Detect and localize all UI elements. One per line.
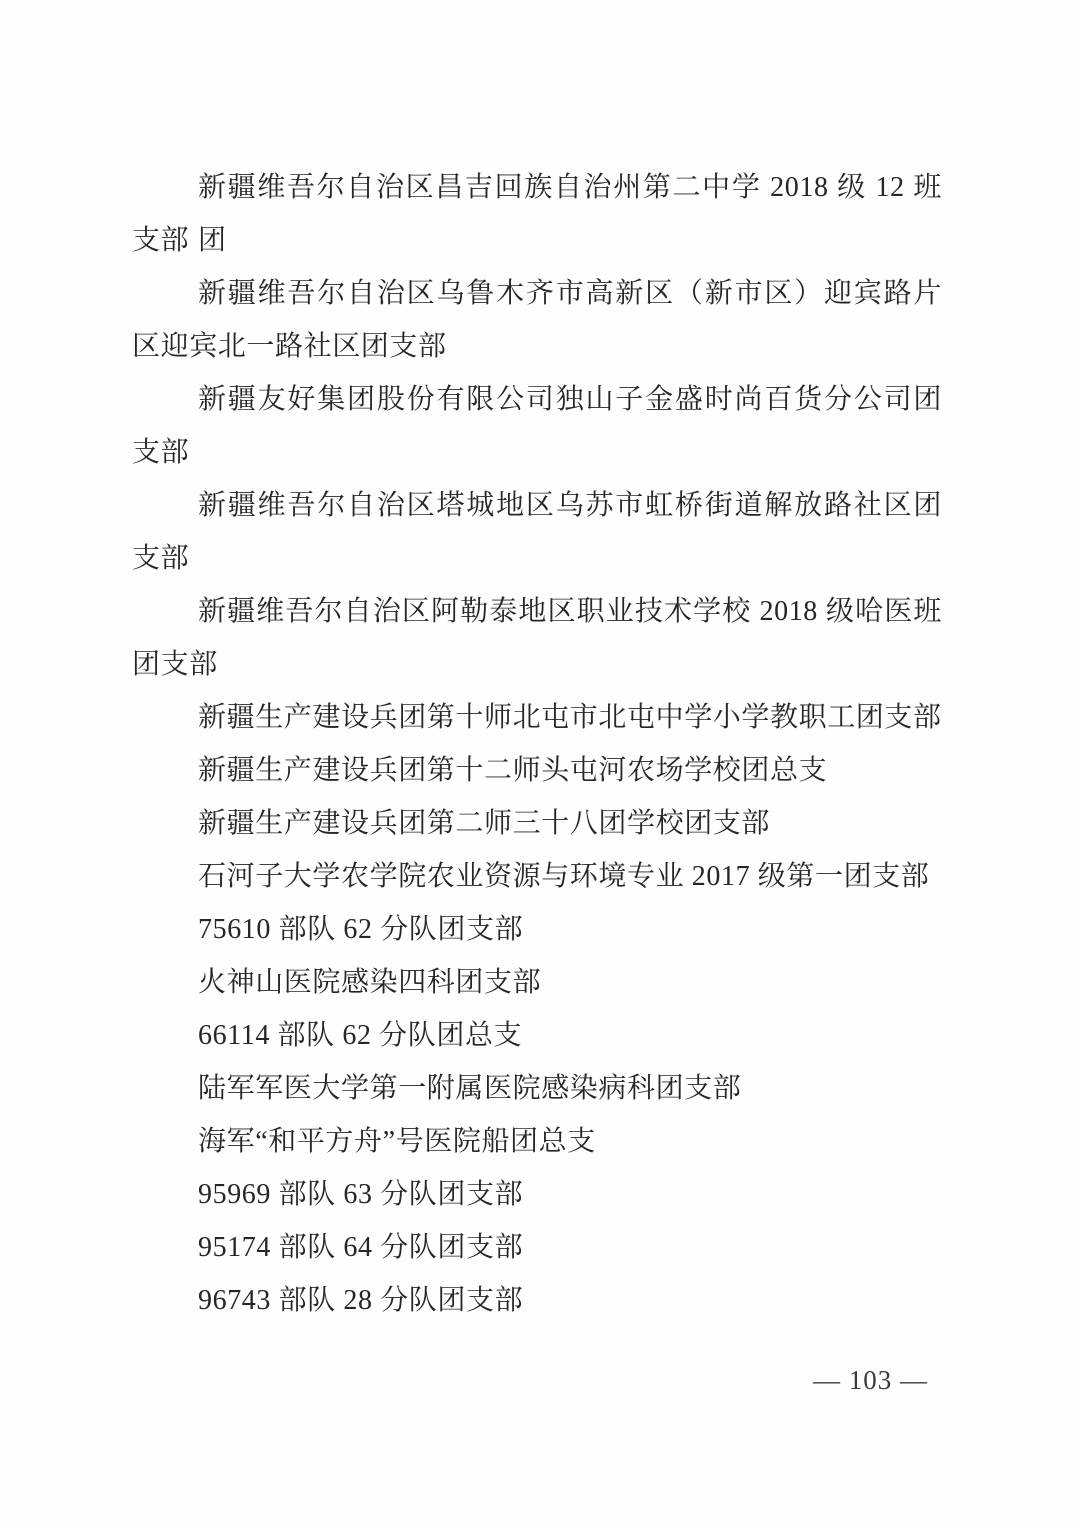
list-line: 66114 部队 62 分队团总支 [132, 1009, 942, 1062]
list-line: 新疆友好集团股份有限公司独山子金盛时尚百货分公司团 [132, 373, 942, 426]
list-line: 海军“和平方舟”号医院船团总支 [132, 1115, 942, 1168]
list-line: 新疆维吾尔自治区乌鲁木齐市高新区（新市区）迎宾路片 [132, 267, 942, 320]
list-line: 新疆生产建设兵团第二师三十八团学校团支部 [132, 797, 942, 850]
list-line-continuation: 支部 [132, 532, 942, 585]
league-branch-list: 新疆维吾尔自治区昌吉回族自治州第二中学 2018 级 12 班团 支部 新疆维吾… [132, 161, 942, 1327]
list-line: 陆军军医大学第一附属医院感染病科团支部 [132, 1062, 942, 1115]
list-line: 新疆维吾尔自治区阿勒泰地区职业技术学校 2018 级哈医班 [132, 585, 942, 638]
list-line-continuation: 区迎宾北一路社区团支部 [132, 320, 942, 373]
document-page: 新疆维吾尔自治区昌吉回族自治州第二中学 2018 级 12 班团 支部 新疆维吾… [0, 0, 1080, 1527]
page-number: — 103 — [0, 1360, 928, 1400]
list-line: 新疆维吾尔自治区昌吉回族自治州第二中学 2018 级 12 班团 [132, 161, 942, 214]
list-line: 新疆生产建设兵团第十二师头屯河农场学校团总支 [132, 744, 942, 797]
list-line: 新疆生产建设兵团第十师北屯市北屯中学小学教职工团支部 [132, 691, 942, 744]
list-line: 95969 部队 63 分队团支部 [132, 1168, 942, 1221]
list-line: 75610 部队 62 分队团支部 [132, 903, 942, 956]
list-line: 95174 部队 64 分队团支部 [132, 1221, 942, 1274]
list-line-continuation: 团支部 [132, 638, 942, 691]
list-line: 石河子大学农学院农业资源与环境专业 2017 级第一团支部 [132, 850, 942, 903]
list-line-continuation: 支部 [132, 214, 942, 267]
list-line: 火神山医院感染四科团支部 [132, 956, 942, 1009]
list-line-continuation: 支部 [132, 426, 942, 479]
list-line: 96743 部队 28 分队团支部 [132, 1274, 942, 1327]
list-line: 新疆维吾尔自治区塔城地区乌苏市虹桥街道解放路社区团 [132, 479, 942, 532]
